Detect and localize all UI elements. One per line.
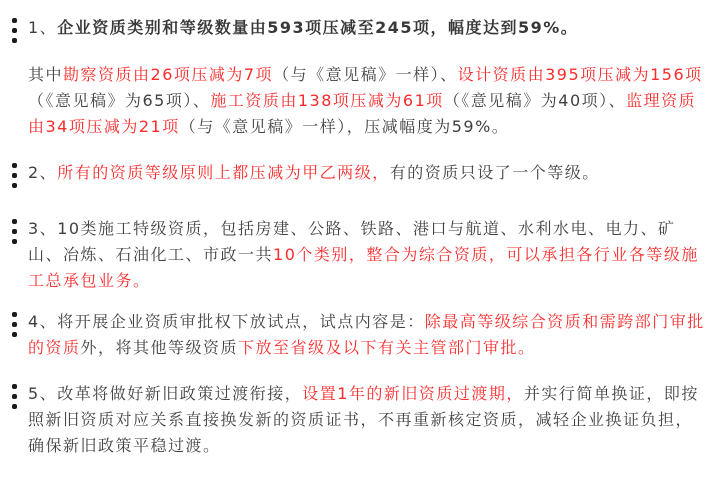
point-5: 5、改革将做好新旧政策过渡衔接，设置1年的新旧资质过渡期，并实行简单换证，即按照… [28, 381, 709, 459]
point-number: 2、 [28, 163, 57, 182]
bullet-dot [12, 239, 17, 244]
point-number: 1、 [28, 18, 57, 37]
bullet-dot [12, 183, 17, 188]
list-bullet-icon [12, 312, 17, 337]
bullet-dot [12, 18, 17, 23]
list-bullet-icon [12, 219, 17, 244]
bullet-dot [12, 394, 17, 399]
point-2: 2、所有的资质等级原则上都压减为甲乙两级，有的资质只设了一个等级。 [28, 160, 709, 186]
point-number: 4、 [28, 312, 57, 331]
point-1-heading: 1、企业资质类别和等级数量由593项压减至245项，幅度达到59%。 [28, 15, 709, 41]
heading-text: 企业资质类别和等级数量由593项压减至245项，幅度达到59%。 [57, 18, 578, 37]
highlight-text-segment: 所有的资质等级原则上都压减为甲乙两级， [57, 163, 390, 182]
highlight-text-segment: 施工资质由138项压减为61项 [210, 91, 443, 110]
highlight-text-segment: 设计资质由395项压减为156项 [458, 65, 703, 84]
list-bullet-icon [12, 163, 17, 188]
text-segment: 改革将做好新旧政策过渡衔接， [57, 384, 302, 403]
list-bullet-icon [12, 384, 17, 409]
bullet-dot [12, 322, 17, 327]
text-segment: 外，将其他等级资质 [81, 338, 239, 357]
text-segment: （《意见稿》为65项）、 [28, 91, 210, 110]
text-segment: （与《意见稿》一样）、 [273, 65, 458, 84]
point-1: 1、企业资质类别和等级数量由593项压减至245项，幅度达到59%。 其中勘察资… [28, 15, 709, 140]
text-segment: 有的资质只设了一个等级。 [390, 163, 600, 182]
bullet-dot [12, 163, 17, 168]
text-segment: （与《意见稿》一样），压减幅度为59%。 [180, 117, 510, 136]
bullet-dot [12, 229, 17, 234]
bullet-dot [12, 38, 17, 43]
point-3: 3、10类施工特级资质，包括房建、公路、铁路、港口与航道、水利水电、电力、矿山、… [28, 216, 709, 294]
bullet-dot [12, 28, 17, 33]
point-1-paragraph: 其中勘察资质由26项压减为7项（与《意见稿》一样）、设计资质由395项压减为15… [28, 62, 709, 140]
list-bullet-icon [12, 18, 17, 43]
point-4: 4、将开展企业资质审批权下放试点，试点内容是：除最高等级综合资质和需跨部门审批的… [28, 309, 709, 361]
point-number: 3、 [28, 219, 57, 238]
bullet-dot [12, 219, 17, 224]
bullet-dot [12, 332, 17, 337]
highlight-text-segment: 勘察资质由26项压减为7项 [63, 65, 273, 84]
article-body: 1、企业资质类别和等级数量由593项压减至245项，幅度达到59%。 其中勘察资… [0, 0, 715, 477]
text-segment: 其中 [28, 65, 63, 84]
bullet-dot [12, 384, 17, 389]
bullet-dot [12, 173, 17, 178]
text-segment: （《意见稿》为40项）、 [444, 91, 626, 110]
bullet-dot [12, 312, 17, 317]
text-segment: 将开展企业资质审批权下放试点，试点内容是： [57, 312, 425, 331]
highlight-text-segment: 设置1年的新旧资质过渡期， [302, 384, 524, 403]
highlight-text-segment: 下放至省级及以下有关主管部门审批。 [238, 338, 536, 357]
point-number: 5、 [28, 384, 57, 403]
bullet-dot [12, 404, 17, 409]
